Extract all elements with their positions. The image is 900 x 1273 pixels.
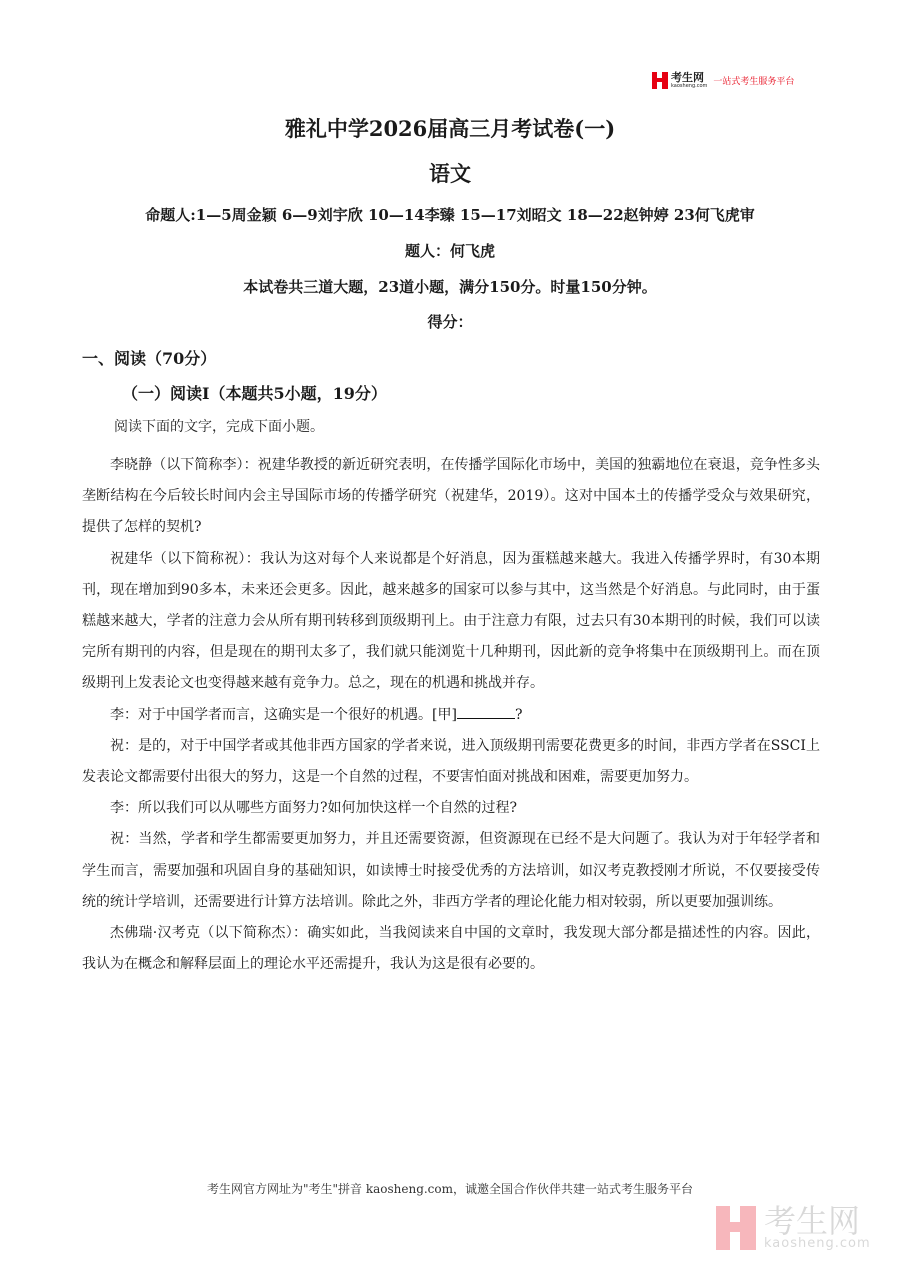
reading-passage: 李晓静（以下简称李）：祝建华教授的新近研究表明，在传播学国际化市场中，美国的独霸… <box>82 450 820 980</box>
exam-subject: 语文 <box>0 158 900 188</box>
kaosheng-logo-icon <box>652 72 668 89</box>
brand-name: 考生网 <box>671 72 707 83</box>
watermark-logo-icon <box>716 1206 756 1250</box>
section-subheading: （一）阅读Ⅰ（本题共5小题，19分） <box>122 381 387 404</box>
exam-title: 雅礼中学2026届高三月考试卷(一) <box>0 113 900 143</box>
authors-line-1: 命题人:1—5周金颖 6—9刘宇欣 10—14李臻 15—17刘昭文 18—22… <box>0 204 900 225</box>
watermark-domain: kaosheng.com <box>764 1237 871 1250</box>
watermark: 考生网 kaosheng.com <box>716 1205 871 1250</box>
watermark-name: 考生网 <box>764 1205 871 1237</box>
exam-summary: 本试卷共三道大题，23道小题，满分150分。时量150分钟。 <box>0 276 900 297</box>
passage-text: 李：对于中国学者而言，这确实是一个很好的机遇。[甲] <box>110 707 457 723</box>
passage-paragraph-with-blank: 李：对于中国学者而言，这确实是一个很好的机遇。[甲]? <box>82 700 820 731</box>
passage-paragraph: 杰佛瑞·汉考克（以下简称杰）：确实如此，当我阅读来自中国的文章时，我发现大部分都… <box>82 918 820 980</box>
passage-paragraph: 祝建华（以下简称祝）：我认为这对每个人来说都是个好消息，因为蛋糕越来越大。我进入… <box>82 544 820 700</box>
passage-paragraph: 祝：当然，学者和学生都需要更加努力，并且还需要资源，但资源现在已经不是大问题了。… <box>82 824 820 918</box>
passage-paragraph: 李：所以我们可以从哪些方面努力?如何加快这样一个自然的过程? <box>82 793 820 824</box>
brand-domain: kaosheng.com <box>671 84 707 89</box>
authors-line-2: 题人：何飞虎 <box>0 240 900 261</box>
footer-text: 考生网官方网址为"考生"拼音 kaosheng.com，诚邀全国合作伙伴共建一站… <box>0 1180 900 1197</box>
brand-slogan: 一站式考生服务平台 <box>713 74 794 87</box>
answer-blank-jia <box>457 704 515 719</box>
passage-paragraph: 祝：是的，对于中国学者或其他非西方国家的学者来说，进入顶级期刊需要花费更多的时间… <box>82 731 820 793</box>
section-heading: 一、阅读（70分） <box>82 346 216 369</box>
score-label: 得分： <box>0 311 900 332</box>
brand-logo: 考生网 kaosheng.com <box>652 72 707 89</box>
blank-suffix: ? <box>515 707 523 723</box>
brand-header: 考生网 kaosheng.com 一站式考生服务平台 <box>652 72 794 89</box>
instruction: 阅读下面的文字，完成下面小题。 <box>114 416 324 436</box>
passage-paragraph: 李晓静（以下简称李）：祝建华教授的新近研究表明，在传播学国际化市场中，美国的独霸… <box>82 450 820 544</box>
